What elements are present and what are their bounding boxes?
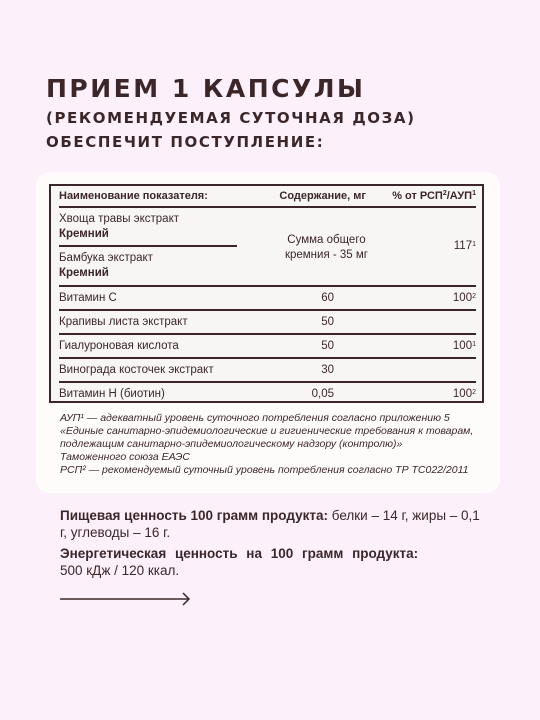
content-line1: Сумма общего bbox=[285, 233, 368, 248]
table-header: Наименование показателя: Содержание, мг … bbox=[59, 186, 476, 206]
row-percent: 1001 bbox=[453, 336, 476, 357]
energy-text: 500 кДж / 120 ккал. bbox=[60, 563, 179, 578]
row-percent: 1002 bbox=[453, 288, 476, 309]
energy-value: Энергетическая ценность на 100 грамм про… bbox=[60, 545, 490, 579]
page-subtitle-2: ОБЕСПЕЧИТ ПОСТУПЛЕНИЕ: bbox=[46, 130, 416, 154]
row-content: 30 bbox=[321, 360, 334, 381]
group-divider bbox=[59, 245, 237, 247]
row-percent: 1002 bbox=[453, 384, 476, 405]
row-sub: Кремний bbox=[59, 227, 179, 242]
table-row: Винограда косточек экстракт30 bbox=[59, 360, 476, 381]
nutrition-label: Пищевая ценность 100 грамм продукта: bbox=[60, 508, 328, 523]
footnotes: АУП¹ — адекватный уровень суточного потр… bbox=[60, 412, 490, 477]
row-name: Крапивы листа экстракт bbox=[59, 312, 188, 333]
footnote-aup: АУП¹ — адекватный уровень суточного потр… bbox=[60, 412, 490, 425]
page-subtitle: (РЕКОМЕНДУЕМАЯ СУТОЧНАЯ ДОЗА) bbox=[46, 106, 416, 130]
row-name: Хвоща травы экстракт bbox=[59, 212, 179, 227]
content-line2: кремния - 35 мг bbox=[285, 248, 368, 263]
row-name: Витамин Н (биотин) bbox=[59, 384, 165, 405]
table-row: Крапивы листа экстракт50 bbox=[59, 312, 476, 333]
header-divider bbox=[59, 206, 476, 208]
row-content: 50 bbox=[321, 312, 334, 333]
row-name: Витамин С bbox=[59, 288, 117, 309]
silicon-percent: 1171 bbox=[454, 239, 476, 254]
row-divider bbox=[59, 381, 476, 383]
footnote-line: подлежащим санитарно-эпидемиологическому… bbox=[60, 438, 490, 451]
composition-card: Наименование показателя: Содержание, мг … bbox=[36, 172, 500, 493]
footnote-line: Таможенного союза ЕАЭС bbox=[60, 451, 490, 464]
row-divider bbox=[59, 309, 476, 311]
row-content: 50 bbox=[321, 336, 334, 357]
composition-table: Наименование показателя: Содержание, мг … bbox=[49, 184, 484, 403]
row-sub: Кремний bbox=[59, 266, 153, 281]
header-content: Содержание, мг bbox=[279, 186, 366, 206]
energy-label: Энергетическая ценность на 100 грамм про… bbox=[60, 546, 418, 561]
row-content: 60 bbox=[321, 288, 334, 309]
table-row: Витамин С601002 bbox=[59, 288, 476, 309]
nutrition-info: Пищевая ценность 100 грамм продукта: бел… bbox=[60, 507, 490, 583]
row-name: Бамбука экстракт bbox=[59, 251, 153, 266]
table-row: Витамин Н (биотин)0,051002 bbox=[59, 384, 476, 405]
row-name: Винограда косточек экстракт bbox=[59, 360, 214, 381]
row-name: Гиалуроновая кислота bbox=[59, 336, 179, 357]
title-block: ПРИЕМ 1 КАПСУЛЫ (РЕКОМЕНДУЕМАЯ СУТОЧНАЯ … bbox=[46, 74, 416, 154]
nutrition-value: Пищевая ценность 100 грамм продукта: бел… bbox=[60, 507, 490, 541]
table-row: Гиалуроновая кислота501001 bbox=[59, 336, 476, 357]
footnote-line: «Единые санитарно-эпидемиологические и г… bbox=[60, 425, 490, 438]
row-content: 0,05 bbox=[312, 384, 334, 405]
page-title: ПРИЕМ 1 КАПСУЛЫ bbox=[46, 74, 416, 104]
header-percent: % от РСП2/АУП1 bbox=[392, 186, 476, 206]
row-divider bbox=[59, 285, 476, 287]
footnote-rsp: РСП² — рекомендуемый суточный уровень по… bbox=[60, 464, 490, 477]
row-divider bbox=[59, 333, 476, 335]
arrow-right-icon[interactable] bbox=[60, 592, 192, 606]
row-divider bbox=[59, 357, 476, 359]
header-name: Наименование показателя: bbox=[59, 186, 208, 206]
